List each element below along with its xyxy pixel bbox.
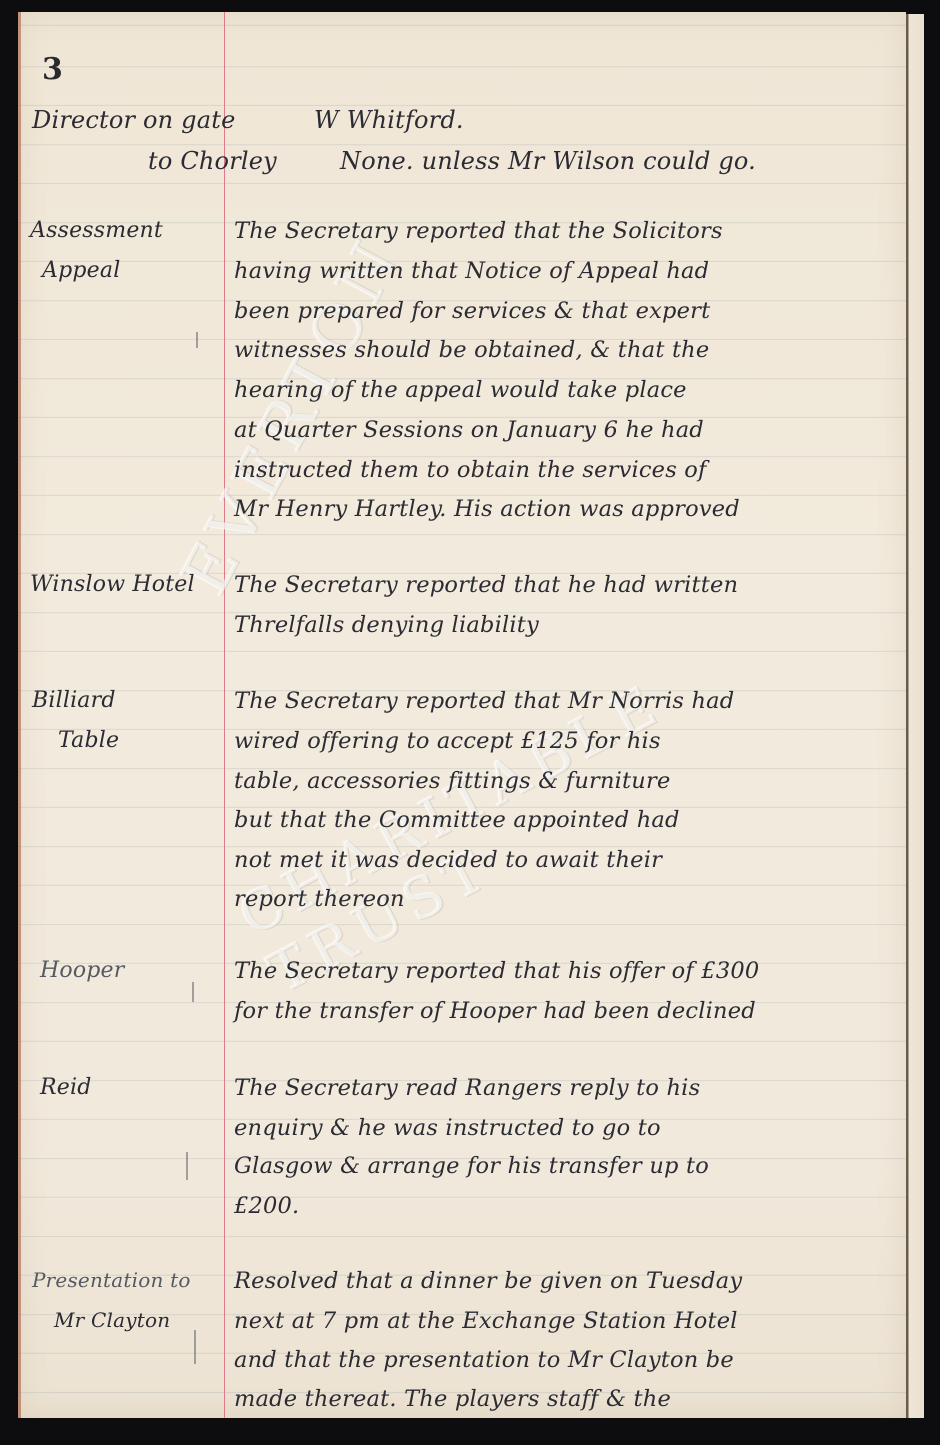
entry-line: for the transfer of Hooper had been decl… (234, 998, 756, 1024)
entry-line: The Secretary reported that Mr Norris ha… (234, 688, 734, 714)
red-margin-line (224, 12, 225, 1418)
entry-line: been prepared for services & that expert (234, 298, 710, 324)
entry-label-presentation: Presentation to (32, 1268, 191, 1292)
margin-tick (186, 1152, 188, 1180)
entry-label-assessment: Assessment (30, 218, 163, 243)
entry-line: instructed them to obtain the services o… (234, 457, 707, 483)
entry-label-billiard: Billiard (32, 688, 116, 713)
next-page-edge (906, 14, 924, 1418)
entry-line: Mr Henry Hartley. His action was approve… (234, 496, 740, 522)
entry-label-hooper: Hooper (40, 958, 125, 983)
label-to-chorley: to Chorley (148, 147, 277, 175)
entry-line: at Quarter Sessions on January 6 he had (234, 417, 704, 443)
value-director: W Whitford. (314, 106, 464, 134)
entry-line: not met it was decided to await their (234, 847, 662, 873)
entry-label-winslow-hotel: Winslow Hotel (30, 572, 195, 597)
entry-label-appeal: Appeal (42, 258, 120, 283)
entry-line: Threlfalls denying liability (234, 612, 539, 638)
entry-line: enquiry & he was instructed to go to (234, 1115, 661, 1141)
entry-line: The Secretary read Rangers reply to his (234, 1075, 700, 1101)
entry-label-reid: Reid (40, 1075, 92, 1100)
entry-line: next at 7 pm at the Exchange Station Hot… (234, 1308, 738, 1334)
entry-label-mr-clayton: Mr Clayton (54, 1308, 170, 1332)
value-chorley: None. unless Mr Wilson could go. (340, 147, 756, 175)
entry-line: hearing of the appeal would take place (234, 377, 687, 403)
entry-line: £200. (234, 1193, 299, 1219)
page-number: 3 (42, 52, 63, 87)
entry-line: and that the presentation to Mr Clayton … (234, 1347, 734, 1373)
margin-tick (194, 1330, 196, 1364)
entry-line: made thereat. The players staff & the (234, 1386, 671, 1412)
entry-line: The Secretary reported that the Solicito… (234, 218, 723, 244)
entry-label-table: Table (58, 728, 119, 753)
entry-line: but that the Committee appointed had (234, 807, 680, 833)
entry-line: Glasgow & arrange for his transfer up to (234, 1153, 709, 1179)
entry-line: having written that Notice of Appeal had (234, 258, 709, 284)
label-director-on-gate: Director on gate (32, 106, 236, 134)
entry-line: witnesses should be obtained, & that the (234, 337, 709, 363)
entry-line: The Secretary reported that he had writt… (234, 572, 738, 598)
margin-tick (192, 982, 194, 1002)
entry-line: The Secretary reported that his offer of… (234, 958, 759, 984)
entry-line: report thereon (234, 886, 405, 912)
entry-line: Resolved that a dinner be given on Tuesd… (234, 1268, 742, 1294)
entry-line: table, accessories fittings & furniture (234, 768, 670, 794)
margin-tick (196, 332, 198, 348)
entry-line: wired offering to accept £125 for his (234, 728, 661, 754)
minute-book-page: EVERTON CHARITABLE TRUST 3 Director on g… (18, 12, 906, 1418)
